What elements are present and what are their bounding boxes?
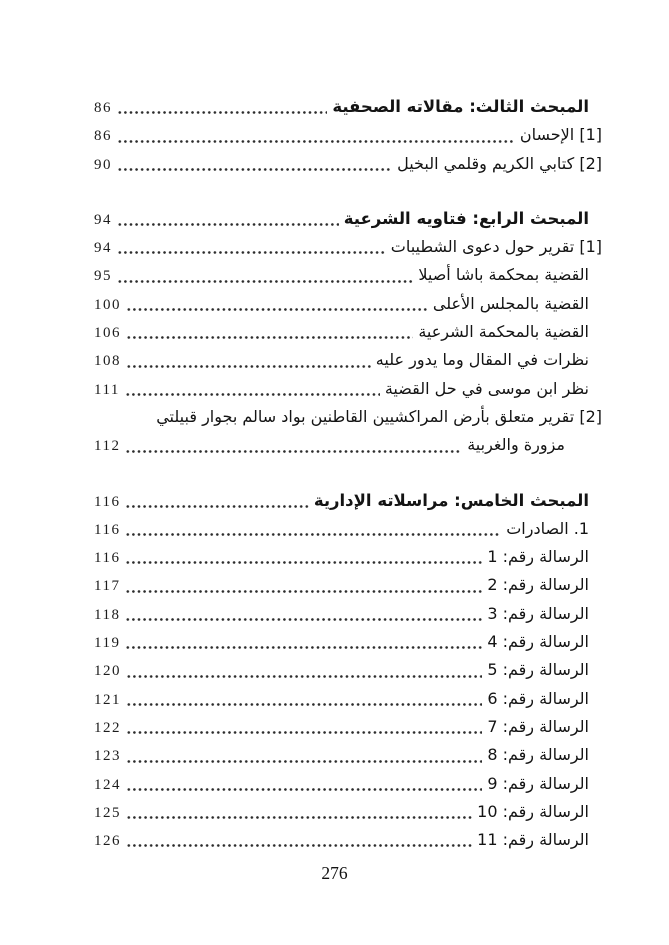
- page-number: 90: [94, 151, 112, 179]
- toc-entry-label: المبحث الخامس: مراسلاته الإدارية: [314, 487, 589, 515]
- footer-page-number: 276: [0, 863, 669, 884]
- dot-leader: [125, 505, 308, 508]
- page-number: 120: [94, 657, 121, 685]
- toc-row: الرسالة رقم: 3118: [94, 600, 589, 628]
- toc-row: [2] كتابي الكريم وقلمي البخيل90: [94, 150, 602, 178]
- page-number: 116: [94, 544, 120, 572]
- dot-leader: [125, 450, 462, 453]
- dot-leader: [126, 788, 482, 791]
- page-number: 86: [94, 94, 112, 122]
- dot-leader: [126, 760, 482, 763]
- toc-row: [1] تقرير حول دعوى الشطيبات94: [94, 233, 602, 261]
- document-page: المبحث الثالث: مقالاته الصحفية86[1] الإح…: [0, 0, 669, 945]
- toc-entry-label: [1] الإحسان: [520, 121, 602, 149]
- toc-row: نظرات في المقال وما يدور عليه108: [94, 346, 589, 374]
- toc-entry-label: الرسالة رقم: 5: [487, 656, 589, 684]
- page-number: 116: [94, 516, 120, 544]
- page-number: 94: [94, 206, 112, 234]
- page-number: 123: [94, 742, 121, 770]
- toc-section-header-row: المبحث الثالث: مقالاته الصحفية86: [94, 93, 589, 121]
- page-number: 94: [94, 234, 112, 262]
- toc-section: المبحث الخامس: مراسلاته الإدارية1161. ال…: [94, 487, 589, 855]
- toc-row: الرسالة رقم: 1116: [94, 543, 589, 571]
- toc-row: 1. الصادرات116: [94, 515, 589, 543]
- toc-section-header-row: المبحث الخامس: مراسلاته الإدارية116: [94, 487, 589, 515]
- page-number: 126: [94, 827, 121, 855]
- toc-entry-label: [2] كتابي الكريم وقلمي البخيل: [397, 150, 602, 178]
- toc-row: الرسالة رقم: 2117: [94, 571, 589, 599]
- toc-entry-label: [2] تقرير متعلق بأرض المراكشيين القاطنين…: [156, 403, 602, 431]
- toc-entry-label: الرسالة رقم: 7: [487, 713, 589, 741]
- page-number: 95: [94, 262, 112, 290]
- toc-entry-label: الرسالة رقم: 10: [477, 798, 589, 826]
- toc-entry-label: القضية بمحكمة باشا أصيلا: [418, 261, 589, 289]
- toc-row: الرسالة رقم: 11126: [94, 826, 589, 854]
- toc-row: [1] الإحسان86: [94, 121, 602, 149]
- dot-leader: [125, 533, 501, 536]
- toc-row: الرسالة رقم: 4119: [94, 628, 589, 656]
- toc-entry-label: الرسالة رقم: 8: [487, 741, 589, 769]
- dot-leader: [117, 111, 327, 114]
- toc-row: الرسالة رقم: 9124: [94, 770, 589, 798]
- toc-entry-label: الرسالة رقم: 9: [487, 770, 589, 798]
- dot-leader: [125, 646, 482, 649]
- toc-row: الرسالة رقم: 5120: [94, 656, 589, 684]
- page-number: 119: [94, 629, 120, 657]
- toc-row: القضية بالمجلس الأعلى100: [94, 290, 589, 318]
- toc-row: نظر ابن موسى في حل القضية111: [94, 375, 589, 403]
- toc-section-header-row: المبحث الرابع: فتاويه الشرعية94: [94, 205, 589, 233]
- toc-entry-label: الرسالة رقم: 2: [487, 571, 589, 599]
- dot-leader: [117, 280, 413, 283]
- dot-leader: [126, 703, 482, 706]
- toc-entry-label: مزورة والغربية: [467, 431, 565, 459]
- page-number: 100: [94, 291, 121, 319]
- page-number: 122: [94, 714, 121, 742]
- dot-leader: [117, 168, 392, 171]
- toc-entry-label: 1. الصادرات: [506, 515, 589, 543]
- toc-row: الرسالة رقم: 10125: [94, 798, 589, 826]
- dot-leader: [126, 844, 472, 847]
- toc-row: مزورة والغربية112: [94, 431, 589, 459]
- dot-leader: [117, 251, 386, 254]
- toc-entry-label: المبحث الثالث: مقالاته الصحفية: [332, 93, 589, 121]
- page-number: 112: [94, 432, 120, 460]
- page-number: 124: [94, 771, 121, 799]
- dot-leader: [117, 140, 515, 143]
- toc-entry-label: [1] تقرير حول دعوى الشطيبات: [391, 233, 602, 261]
- dot-leader: [117, 223, 339, 226]
- toc-row: [2] تقرير متعلق بأرض المراكشيين القاطنين…: [94, 403, 602, 431]
- dot-leader: [126, 731, 482, 734]
- dot-leader: [126, 336, 413, 339]
- page-number: 108: [94, 347, 121, 375]
- toc-row: القضية بمحكمة باشا أصيلا95: [94, 261, 589, 289]
- toc-entry-label: المبحث الرابع: فتاويه الشرعية: [344, 205, 589, 233]
- toc-entry-label: القضية بالمحكمة الشرعية: [418, 318, 589, 346]
- toc-entry-label: الرسالة رقم: 1: [487, 543, 589, 571]
- toc-row: الرسالة رقم: 7122: [94, 713, 589, 741]
- dot-leader: [125, 618, 482, 621]
- page-number: 125: [94, 799, 121, 827]
- dot-leader: [126, 308, 428, 311]
- toc-entry-label: نظر ابن موسى في حل القضية: [385, 375, 589, 403]
- page-number: 111: [94, 376, 120, 404]
- toc-section: المبحث الثالث: مقالاته الصحفية86[1] الإح…: [94, 93, 589, 178]
- page-number: 116: [94, 488, 120, 516]
- toc-entry-label: القضية بالمجلس الأعلى: [433, 290, 589, 318]
- toc-entry-label: الرسالة رقم: 4: [487, 628, 589, 656]
- dot-leader: [126, 365, 371, 368]
- toc-entry-label: الرسالة رقم: 11: [477, 826, 589, 854]
- page-number: 86: [94, 122, 112, 150]
- toc-entry-label: نظرات في المقال وما يدور عليه: [376, 346, 589, 374]
- dot-leader: [125, 561, 482, 564]
- dot-leader: [126, 675, 482, 678]
- toc-row: الرسالة رقم: 6121: [94, 685, 589, 713]
- toc-section: المبحث الرابع: فتاويه الشرعية94[1] تقرير…: [94, 205, 589, 460]
- toc: المبحث الثالث: مقالاته الصحفية86[1] الإح…: [94, 93, 589, 854]
- page-number: 106: [94, 319, 121, 347]
- toc-row: القضية بالمحكمة الشرعية106: [94, 318, 589, 346]
- toc-row: الرسالة رقم: 8123: [94, 741, 589, 769]
- toc-entry-label: الرسالة رقم: 6: [487, 685, 589, 713]
- toc-entry-label: الرسالة رقم: 3: [487, 600, 589, 628]
- dot-leader: [126, 816, 472, 819]
- dot-leader: [125, 393, 380, 396]
- page-number: 117: [94, 572, 120, 600]
- page-number: 118: [94, 601, 120, 629]
- page-number: 121: [94, 686, 121, 714]
- dot-leader: [125, 590, 482, 593]
